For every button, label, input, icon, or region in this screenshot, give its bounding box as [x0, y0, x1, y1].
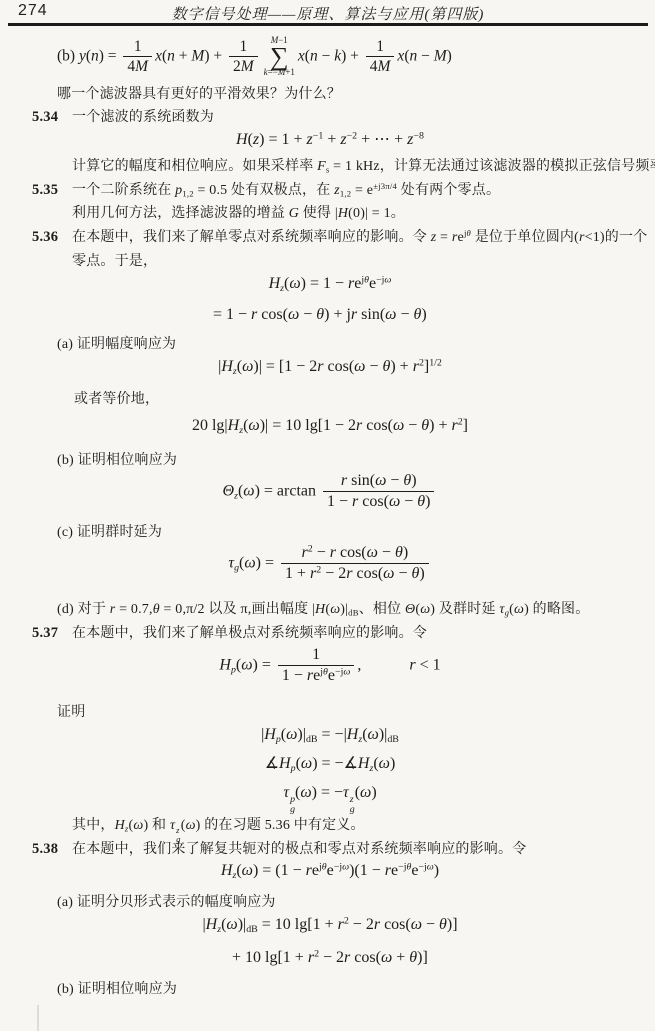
- book-title: 数字信号处理——原理、算法与应用(第四版): [8, 0, 648, 24]
- page-header: 274 数字信号处理——原理、算法与应用(第四版): [8, 0, 648, 26]
- text-line: 零点。于是，: [72, 251, 157, 272]
- scan-artifact: [37, 1005, 39, 1031]
- equation-line: |Hz(ω)|dB = 10 lg[1 + r2 − 2r cos(ω − θ)…: [55, 915, 605, 935]
- problem-item: 5.36在本题中，我们来了解单零点对系统频率响应的影响。令 z = rejθ 是…: [32, 227, 647, 248]
- equation-line: Hz(ω) = 1 − rejθe−jω: [55, 274, 605, 294]
- sublabel-line: (c) 证明群时延为: [57, 522, 162, 543]
- text-line: 或者等价地，: [74, 389, 159, 410]
- problem-number: 5.37: [32, 623, 72, 644]
- equation-line: Hz(ω) = (1 − rejθe−jω)(1 − re−jθe−jω): [55, 861, 605, 881]
- problem-text: 在本题中，我们来了解单零点对系统频率响应的影响。令 z = rejθ 是位于单位…: [72, 230, 647, 245]
- equation-line: Hp(ω) = 11 − rejθe−jω, r < 1: [55, 646, 605, 686]
- equation-line: τpg(ω) = −τzg(ω): [55, 783, 605, 815]
- text-line: 证明: [57, 702, 85, 723]
- problem-item: 5.38在本题中，我们来了解复共轭对的极点和零点对系统频率响应的影响。令: [32, 839, 526, 860]
- problem-number: 5.36: [32, 227, 72, 248]
- equation-line: |Hp(ω)|dB = −|Hz(ω)|dB: [55, 725, 605, 745]
- sublabel-line: (a) 证明分贝形式表示的幅度响应为: [57, 892, 276, 913]
- sublabel-line: (b) 证明相位响应为: [57, 450, 177, 471]
- equation-line: H(z) = 1 + z−1 + z−2 + ⋯ + z−8: [55, 130, 605, 150]
- problem-number: 5.38: [32, 839, 72, 860]
- textbook-page: 274 数字信号处理——原理、算法与应用(第四版) (b) y(n) = 14M…: [0, 0, 655, 1031]
- text-line: 利用几何方法，选择滤波器的增益 G 使得 |H(0)| = 1。: [72, 203, 405, 224]
- sublabel-line: (b) 证明相位响应为: [57, 979, 177, 1000]
- problem-text: 一个二阶系统在 p1,2 = 0.5 处有双极点，在 z1,2 = e±j3π/…: [72, 183, 500, 198]
- equation-line: τg(ω) = r2 − r cos(ω − θ)1 + r2 − 2r cos…: [55, 544, 605, 584]
- equation-line: (b) y(n) = 14Mx(n + M) + 12MM−1∑k=−M+1x(…: [57, 36, 452, 78]
- equation-line: |Hz(ω)| = [1 − 2r cos(ω − θ) + r2]1/2: [55, 357, 605, 377]
- problem-text: 在本题中，我们来了解复共轭对的极点和零点对系统频率响应的影响。令: [72, 842, 526, 857]
- equation-line: ∡Hp(ω) = −∡Hz(ω): [55, 754, 605, 774]
- equation-line: Θz(ω) = arctan r sin(ω − θ)1 − r cos(ω −…: [55, 472, 605, 512]
- sublabel-line: (d) 对于 r = 0.7,θ = 0,π/2 以及 π,画出幅度 |H(ω)…: [57, 599, 589, 620]
- problem-item: 5.34一个滤波的系统函数为: [32, 107, 214, 128]
- problem-text: 一个滤波的系统函数为: [72, 110, 214, 125]
- equation-line: = 1 − r cos(ω − θ) + jr sin(ω − θ): [213, 305, 427, 325]
- problem-item: 5.37在本题中，我们来了解单极点对系统频率响应的影响。令: [32, 623, 427, 644]
- text-line: 哪一个滤波器具有更好的平滑效果？为什么？: [57, 84, 341, 105]
- text-line: 计算它的幅度和相位响应。如果采样率 Fs = 1 kHz，计算无法通过该滤波器的…: [72, 156, 655, 177]
- equation-line: + 10 lg[1 + r2 − 2r cos(ω + θ)]: [232, 948, 428, 968]
- problem-number: 5.34: [32, 107, 72, 128]
- equation-line: 20 lg|Hz(ω)| = 10 lg[1 − 2r cos(ω − θ) +…: [55, 416, 605, 436]
- problem-item: 5.35一个二阶系统在 p1,2 = 0.5 处有双极点，在 z1,2 = e±…: [32, 180, 500, 201]
- sublabel-line: (a) 证明幅度响应为: [57, 334, 176, 355]
- problem-number: 5.35: [32, 180, 72, 201]
- page-number: 274: [18, 2, 48, 20]
- problem-text: 在本题中，我们来了解单极点对系统频率响应的影响。令: [72, 626, 427, 641]
